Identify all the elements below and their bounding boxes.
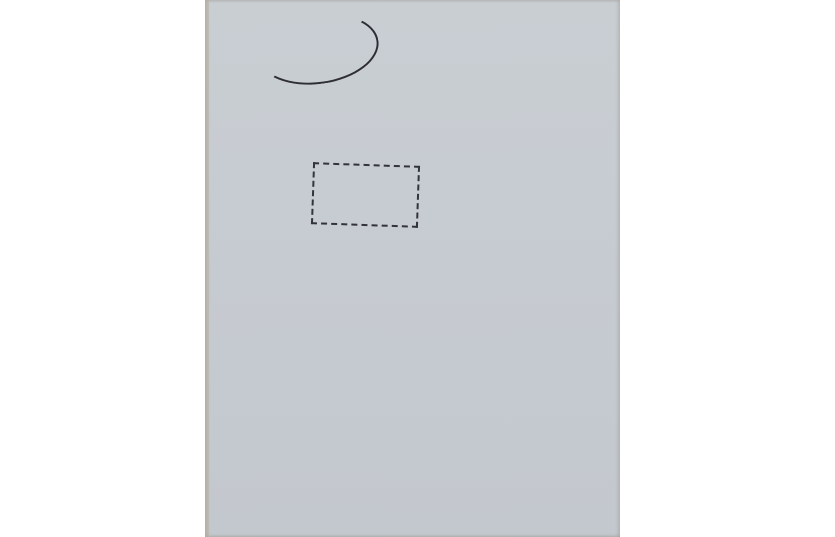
oval-ministry-stamp	[253, 6, 384, 92]
registration-stamp	[311, 162, 420, 228]
letter-page	[205, 0, 620, 537]
